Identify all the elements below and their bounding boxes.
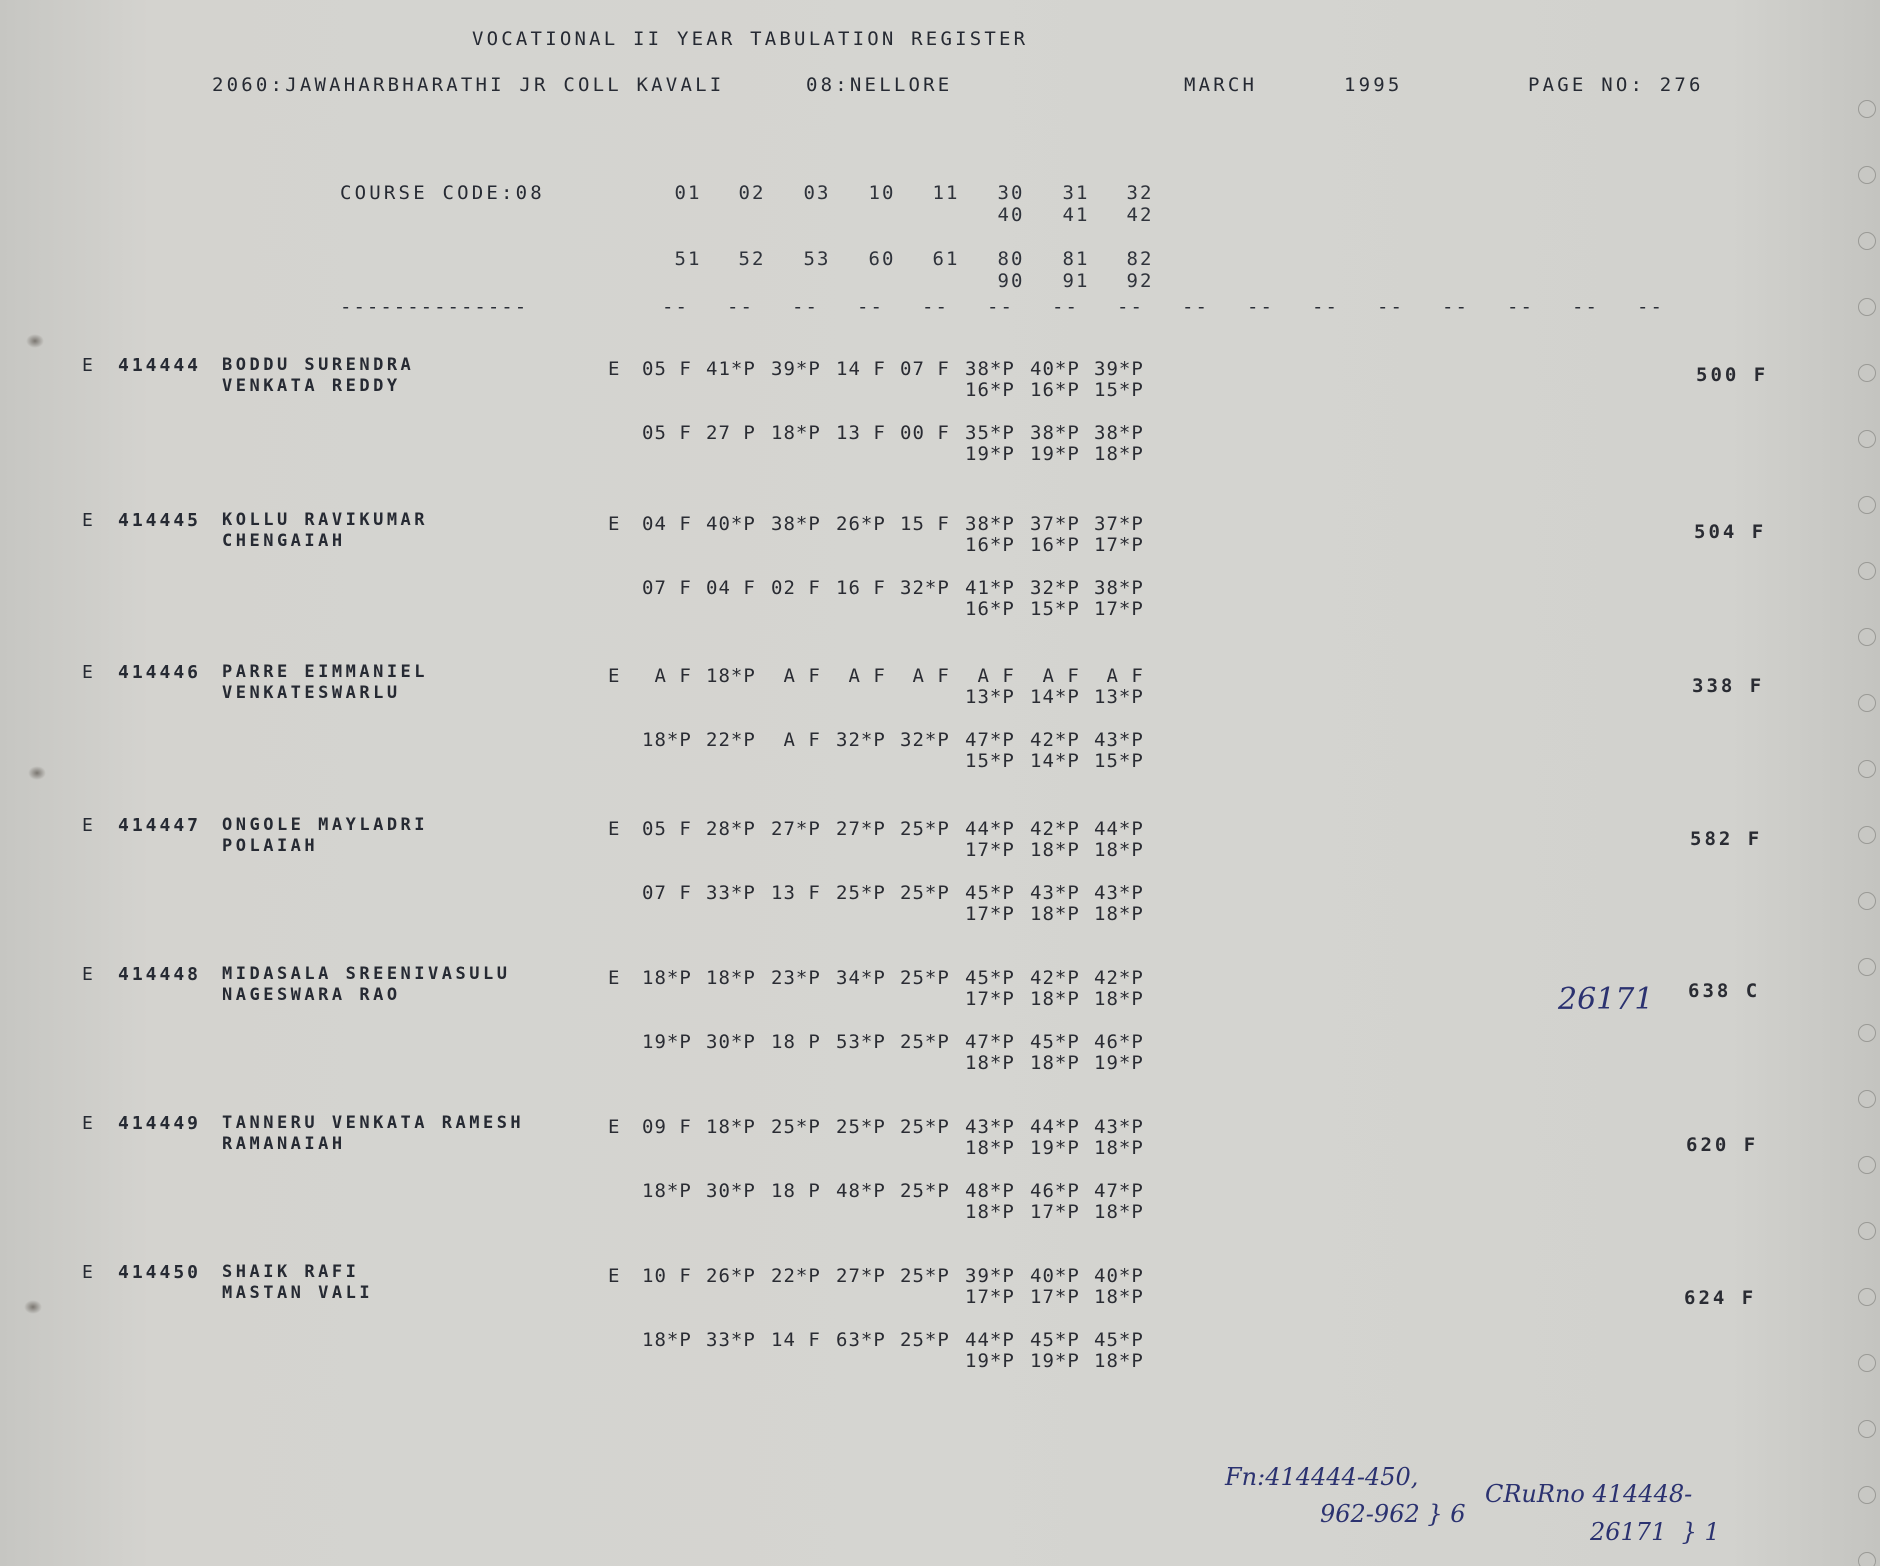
footer-note-1-line-1: Fn:414444-450, [1225,1463,1418,1491]
exam-year: 1995 [1344,74,1403,96]
subject-mark: 32*P [900,577,950,599]
feed-hole-icon [1858,1222,1876,1240]
subject-mark: 38*P [1094,422,1144,444]
subject-mark: 18*P [1030,1052,1080,1074]
subject-mark: A F [771,729,821,751]
total-result: 638 C [1688,980,1760,1002]
column-separator: -- [1247,296,1274,318]
feed-hole-icon [1858,1156,1876,1174]
exam-type-flag: E [82,662,96,683]
feed-hole-icon [1858,562,1876,580]
subject-mark: 18*P [1094,839,1144,861]
exam-type-flag: E [82,510,96,531]
subject-mark: 38*P [1094,577,1144,599]
register-title: VOCATIONAL II YEAR TABULATION REGISTER [472,28,1028,50]
separator-line: -------------- [340,296,528,318]
subject-mark: 17*P [1094,534,1144,556]
register-number: 414444 [118,355,201,376]
subject-mark: 45*P [965,882,1015,904]
exam-code: E [608,818,620,840]
page-number: PAGE NO: 276 [1528,74,1704,96]
subject-mark: 02 F [771,577,821,599]
subject-mark: 25*P [900,818,950,840]
student-name: ONGOLE MAYLADRI [222,815,428,835]
feed-hole-icon [1858,1354,1876,1372]
subject-code-header: 51 [668,248,708,270]
subject-mark: 25*P [836,1116,886,1138]
subject-mark: A F [642,665,692,687]
subject-mark: 15*P [965,750,1015,772]
subject-mark: 25*P [836,882,886,904]
course-code: COURSE CODE:08 [340,182,545,204]
subject-mark: 27*P [771,818,821,840]
subject-mark: 18*P [1094,443,1144,465]
subject-mark: 27*P [836,1265,886,1287]
feed-hole-icon [1858,958,1876,976]
student-name: SHAIK RAFI [222,1262,359,1282]
exam-type-flag: E [82,1113,96,1134]
subject-mark: 14 F [836,358,886,380]
subject-code-header: 81 [1056,248,1096,270]
feed-hole-icon [1858,1288,1876,1306]
subject-mark: 25*P [900,882,950,904]
subject-mark: 18*P [965,1201,1015,1223]
subject-mark: 15*P [1030,598,1080,620]
student-name: TANNERU VENKATA RAMESH [222,1113,524,1133]
smudge-mark [24,1300,42,1314]
subject-mark: 25*P [900,967,950,989]
exam-type-flag: E [82,815,96,836]
subject-mark: 48*P [965,1180,1015,1202]
subject-mark: 17*P [965,1286,1015,1308]
subject-mark: 47*P [965,729,1015,751]
subject-mark: 30*P [706,1180,756,1202]
exam-type-flag: E [82,355,96,376]
subject-mark: 26*P [706,1265,756,1287]
subject-mark: 18*P [642,967,692,989]
subject-mark: 46*P [1094,1031,1144,1053]
subject-code-header: 80 [991,248,1031,270]
subject-mark: 18*P [965,1137,1015,1159]
subject-mark: A F [771,665,821,687]
subject-mark: 19*P [1030,1137,1080,1159]
subject-mark: A F [900,665,950,687]
column-separator: -- [727,296,754,318]
subject-mark: 27 P [706,422,756,444]
register-number: 414445 [118,510,201,531]
subject-mark: 25*P [900,1265,950,1287]
exam-code: E [608,513,620,535]
footer-note-1-line-2: 962-962 } 6 [1320,1500,1466,1528]
subject-mark: 14*P [1030,750,1080,772]
subject-mark: 04 F [706,577,756,599]
subject-code-header: 30 [991,182,1031,204]
feed-hole-icon [1858,430,1876,448]
subject-mark: 45*P [1094,1329,1144,1351]
subject-mark: 48*P [836,1180,886,1202]
register-number: 414449 [118,1113,201,1134]
subject-mark: 18*P [1094,988,1144,1010]
exam-month: MARCH [1184,74,1257,96]
subject-mark: 19*P [965,1350,1015,1372]
subject-mark: 42*P [1030,967,1080,989]
subject-mark: 23*P [771,967,821,989]
subject-mark: 44*P [1030,1116,1080,1138]
footer-note-2-line-1: CRuRno 414448- [1485,1480,1692,1508]
subject-code-header: 40 [991,204,1031,226]
feed-hole-icon [1858,496,1876,514]
subject-mark: 44*P [965,1329,1015,1351]
subject-mark: 22*P [706,729,756,751]
footer-note-2-line-2: 26171 } 1 [1590,1518,1720,1546]
subject-mark: 14*P [1030,686,1080,708]
subject-code-header: 82 [1120,248,1160,270]
subject-mark: 13*P [965,686,1015,708]
subject-mark: 30*P [706,1031,756,1053]
father-name: VENKATA REDDY [222,376,401,396]
subject-mark: 16 F [836,577,886,599]
subject-mark: 44*P [965,818,1015,840]
subject-code-header: 52 [732,248,772,270]
subject-mark: 13 F [836,422,886,444]
subject-code-header: 02 [732,182,772,204]
subject-mark: 13*P [1094,686,1144,708]
subject-mark: 38*P [965,358,1015,380]
subject-code-header: 41 [1056,204,1096,226]
subject-mark: 16*P [965,379,1015,401]
feed-hole-icon [1858,760,1876,778]
subject-mark: 18*P [706,967,756,989]
subject-mark: 18*P [1094,1350,1144,1372]
subject-mark: 15 F [900,513,950,535]
feed-hole-icon [1858,694,1876,712]
column-separator: -- [662,296,689,318]
subject-mark: 37*P [1094,513,1144,535]
subject-mark: 18*P [642,729,692,751]
column-separator: -- [1182,296,1209,318]
subject-mark: 41*P [965,577,1015,599]
subject-mark: 17*P [965,839,1015,861]
subject-mark: 18*P [771,422,821,444]
father-name: RAMANAIAH [222,1134,346,1154]
subject-mark: 17*P [1030,1286,1080,1308]
subject-code-header: 03 [797,182,837,204]
subject-mark: 00 F [900,422,950,444]
exam-code: E [608,1116,620,1138]
handwritten-annotation: 26171 [1558,982,1653,1017]
exam-code: E [608,665,620,687]
father-name: CHENGAIAH [222,531,346,551]
column-separator: -- [922,296,949,318]
feed-hole-icon [1858,1486,1876,1504]
subject-mark: 18*P [706,1116,756,1138]
subject-mark: 18*P [965,1052,1015,1074]
subject-mark: 14 F [771,1329,821,1351]
column-separator: -- [1377,296,1404,318]
column-separator: -- [1052,296,1079,318]
column-separator: -- [1117,296,1144,318]
feed-hole-icon [1858,892,1876,910]
subject-mark: 38*P [965,513,1015,535]
subject-mark: 43*P [1094,729,1144,751]
subject-mark: 45*P [965,967,1015,989]
column-separator: -- [1507,296,1534,318]
subject-mark: 18*P [1030,903,1080,925]
subject-mark: 17*P [965,988,1015,1010]
subject-mark: 40*P [706,513,756,535]
subject-mark: 18*P [1030,988,1080,1010]
subject-mark: 32*P [836,729,886,751]
subject-mark: 16*P [1030,534,1080,556]
father-name: POLAIAH [222,836,318,856]
subject-mark: 38*P [771,513,821,535]
feed-hole-icon [1858,232,1876,250]
subject-mark: 16*P [965,534,1015,556]
subject-mark: 25*P [900,1031,950,1053]
student-name: BODDU SURENDRA [222,355,414,375]
subject-mark: 17*P [965,903,1015,925]
subject-mark: 25*P [900,1329,950,1351]
feed-hole-icon [1858,826,1876,844]
father-name: VENKATESWARLU [222,683,401,703]
feed-hole-icon [1858,628,1876,646]
subject-mark: A F [1094,665,1144,687]
subject-mark: 25*P [771,1116,821,1138]
subject-mark: A F [1030,665,1080,687]
subject-mark: 22*P [771,1265,821,1287]
subject-mark: 39*P [965,1265,1015,1287]
subject-mark: 41*P [706,358,756,380]
subject-mark: 34*P [836,967,886,989]
subject-mark: 19*P [1030,1350,1080,1372]
subject-mark: 18*P [706,665,756,687]
feed-hole-icon [1858,1552,1876,1566]
subject-mark: 15*P [1094,379,1144,401]
subject-mark: 16*P [965,598,1015,620]
subject-mark: 32*P [1030,577,1080,599]
subject-mark: 18*P [1094,1286,1144,1308]
subject-mark: 18*P [1094,1201,1144,1223]
subject-mark: 33*P [706,882,756,904]
subject-mark: 07 F [642,577,692,599]
subject-mark: 18*P [642,1180,692,1202]
exam-code: E [608,1265,620,1287]
subject-mark: 25*P [900,1116,950,1138]
subject-mark: 47*P [1094,1180,1144,1202]
subject-mark: 44*P [1094,818,1144,840]
student-name: PARRE EIMMANIEL [222,662,428,682]
subject-mark: 53*P [836,1031,886,1053]
subject-mark: 05 F [642,358,692,380]
subject-mark: 25*P [900,1180,950,1202]
total-result: 500 F [1696,364,1768,386]
exam-type-flag: E [82,964,96,985]
total-result: 582 F [1690,828,1762,850]
subject-mark: 18 P [771,1180,821,1202]
subject-code-header: 53 [797,248,837,270]
column-separator: -- [1637,296,1664,318]
subject-mark: 17*P [1094,598,1144,620]
subject-mark: 04 F [642,513,692,535]
subject-mark: 26*P [836,513,886,535]
subject-mark: 07 F [900,358,950,380]
subject-mark: 45*P [1030,1329,1080,1351]
subject-mark: 18*P [1030,839,1080,861]
exam-code: E [608,967,620,989]
subject-mark: 40*P [1030,1265,1080,1287]
student-name: KOLLU RAVIKUMAR [222,510,428,530]
father-name: NAGESWARA RAO [222,985,401,1005]
subject-code-header: 92 [1120,270,1160,292]
subject-mark: 35*P [965,422,1015,444]
register-number: 414446 [118,662,201,683]
column-separator: -- [792,296,819,318]
exam-type-flag: E [82,1262,96,1283]
subject-mark: 39*P [1094,358,1144,380]
register-number: 414450 [118,1262,201,1283]
subject-mark: 18*P [1094,1137,1144,1159]
subject-mark: 40*P [1094,1265,1144,1287]
column-separator: -- [1442,296,1469,318]
total-result: 504 F [1694,521,1766,543]
register-number: 414447 [118,815,201,836]
subject-mark: 42*P [1030,818,1080,840]
subject-mark: 38*P [1030,422,1080,444]
subject-mark: 19*P [642,1031,692,1053]
subject-mark: 28*P [706,818,756,840]
student-name: MIDASALA SREENIVASULU [222,964,510,984]
smudge-mark [26,334,44,348]
subject-mark: 15*P [1094,750,1144,772]
subject-mark: 18 P [771,1031,821,1053]
column-separator: -- [1572,296,1599,318]
subject-mark: 05 F [642,422,692,444]
column-separator: -- [987,296,1014,318]
subject-mark: 42*P [1094,967,1144,989]
subject-mark: 27*P [836,818,886,840]
total-result: 338 F [1692,675,1764,697]
subject-mark: 09 F [642,1116,692,1138]
feed-hole-icon [1858,1420,1876,1438]
column-separator: -- [1312,296,1339,318]
subject-mark: 13 F [771,882,821,904]
subject-mark: 19*P [1030,443,1080,465]
subject-mark: 19*P [1094,1052,1144,1074]
subject-code-header: 60 [862,248,902,270]
subject-mark: 39*P [771,358,821,380]
feed-hole-icon [1858,166,1876,184]
subject-mark: 10 F [642,1265,692,1287]
subject-mark: 42*P [1030,729,1080,751]
subject-mark: 47*P [965,1031,1015,1053]
feed-hole-icon [1858,364,1876,382]
college-name: 2060:JAWAHARBHARATHI JR COLL KAVALI [212,74,724,96]
subject-mark: 07 F [642,882,692,904]
subject-mark: 18*P [1094,903,1144,925]
feed-hole-icon [1858,298,1876,316]
subject-mark: 16*P [1030,379,1080,401]
register-number: 414448 [118,964,201,985]
subject-code-header: 61 [926,248,966,270]
subject-mark: 43*P [1094,882,1144,904]
subject-code-header: 11 [926,182,966,204]
subject-mark: 33*P [706,1329,756,1351]
subject-mark: 63*P [836,1329,886,1351]
feed-hole-icon [1858,1090,1876,1108]
feed-hole-icon [1858,100,1876,118]
subject-mark: A F [965,665,1015,687]
subject-mark: 43*P [1094,1116,1144,1138]
subject-mark: A F [836,665,886,687]
subject-mark: 45*P [1030,1031,1080,1053]
subject-code-header: 90 [991,270,1031,292]
district: 08:NELLORE [806,74,952,96]
subject-mark: 05 F [642,818,692,840]
subject-mark: 19*P [965,443,1015,465]
column-separator: -- [857,296,884,318]
subject-code-header: 31 [1056,182,1096,204]
subject-code-header: 10 [862,182,902,204]
total-result: 620 F [1686,1134,1758,1156]
subject-mark: 37*P [1030,513,1080,535]
exam-code: E [608,358,620,380]
father-name: MASTAN VALI [222,1283,373,1303]
subject-mark: 18*P [642,1329,692,1351]
subject-mark: 32*P [900,729,950,751]
subject-code-header: 42 [1120,204,1160,226]
subject-mark: 40*P [1030,358,1080,380]
subject-code-header: 01 [668,182,708,204]
total-result: 624 F [1684,1287,1756,1309]
subject-mark: 46*P [1030,1180,1080,1202]
subject-code-header: 32 [1120,182,1160,204]
subject-mark: 43*P [1030,882,1080,904]
subject-mark: 17*P [1030,1201,1080,1223]
subject-mark: 43*P [965,1116,1015,1138]
feed-hole-icon [1858,1024,1876,1042]
subject-code-header: 91 [1056,270,1096,292]
smudge-mark [28,766,46,780]
tabulation-register-page: VOCATIONAL II YEAR TABULATION REGISTER 2… [0,0,1880,1566]
